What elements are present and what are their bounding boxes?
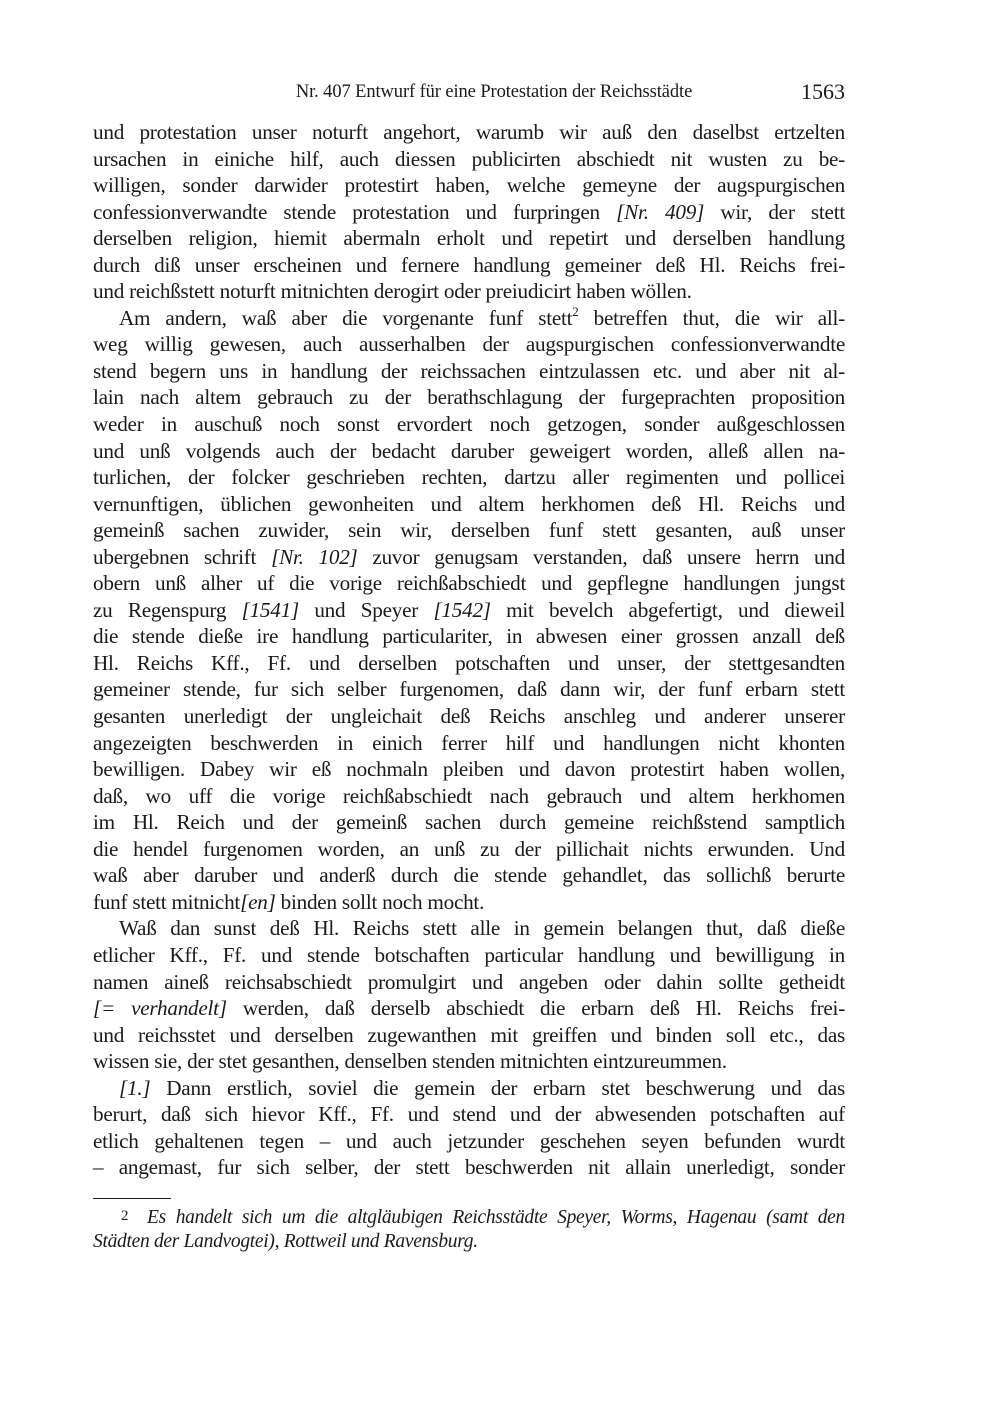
text-line: und reichßstett noturft mitnichten derog… <box>93 278 845 305</box>
footnote-text: Städten der Landvogtei), Rottweil und Ra… <box>93 1231 478 1252</box>
text-segment: betreffen thut, die wir all- <box>579 306 845 330</box>
text-line: funf stett mitnicht[en] binden sollt noc… <box>93 889 845 916</box>
text-segment: obern unß alher uf die vorige reichßabsc… <box>93 571 845 595</box>
text-segment: zuvor genugsam verstanden, daß unsere he… <box>358 545 845 569</box>
text-line: angezeigten beschwerden in einich ferrer… <box>93 730 845 757</box>
text-segment: confessionverwandte stende protestation … <box>93 200 616 224</box>
text-segment: funf stett mitnicht <box>93 890 240 914</box>
text-line: Waß dan sunst deß Hl. Reichs stett alle … <box>93 915 845 942</box>
text-segment: wir, der stett <box>704 200 845 224</box>
text-segment: mit bevelch abgefertigt, und dieweil <box>491 598 845 622</box>
text-line: ubergebnen schrift [Nr. 102] zuvor genug… <box>93 544 845 571</box>
text-line: gemeiner stende, fur sich selber furgeno… <box>93 676 845 703</box>
text-line: gemeinß sachen zuwider, sein wir, dersel… <box>93 517 845 544</box>
editorial-annotation: [Nr. 102] <box>271 545 357 569</box>
page-number: 1563 <box>801 79 845 105</box>
text-segment: durch diß unser erscheinen und fernere h… <box>93 253 845 277</box>
footnote-text: Es handelt sich um die altgläubigen Reic… <box>147 1207 845 1228</box>
text-line: zu Regenspurg [1541] und Speyer [1542] m… <box>93 597 845 624</box>
text-segment: gemeiner stende, fur sich selber furgeno… <box>93 677 845 701</box>
footnote-number: 2 <box>93 1204 147 1229</box>
footnote-line: 2Es handelt sich um die altgläubigen Rei… <box>93 1204 845 1229</box>
text-segment: weg willig gewesen, auch ausserhalben de… <box>93 332 845 356</box>
text-segment: turlichen, der folcker geschrieben recht… <box>93 465 845 489</box>
text-line: weg willig gewesen, auch ausserhalben de… <box>93 331 845 358</box>
text-segment: werden, daß derselb abschiedt die erbarn… <box>227 996 845 1020</box>
text-line: daß, wo uff die vorige reichßabschiedt n… <box>93 783 845 810</box>
text-line: und unß volgends auch der bedacht darube… <box>93 438 845 465</box>
text-segment: waß aber daruber und anderß durch die st… <box>93 863 845 887</box>
text-line: im Hl. Reich und der gemeinß sachen durc… <box>93 809 845 836</box>
text-line: stend begern uns in handlung der reichss… <box>93 358 845 385</box>
text-line: Am andern, waß aber die vorgenante funf … <box>93 305 845 332</box>
text-segment: stend begern uns in handlung der reichss… <box>93 359 845 383</box>
text-line: vernunftigen, üblichen gewonheiten und a… <box>93 491 845 518</box>
text-segment: und unß volgends auch der bedacht darube… <box>93 439 845 463</box>
text-line: die hendel furgenomen worden, an unß zu … <box>93 836 845 863</box>
text-line: durch diß unser erscheinen und fernere h… <box>93 252 845 279</box>
text-segment: willigen, sonder darwider protestirt hab… <box>93 173 845 197</box>
text-segment: lain nach altem gebrauch zu der berathsc… <box>93 385 845 409</box>
text-segment: vernunftigen, üblichen gewonheiten und a… <box>93 492 845 516</box>
editorial-annotation: [1541] <box>242 598 299 622</box>
text-line: willigen, sonder darwider protestirt hab… <box>93 172 845 199</box>
text-segment: angezeigten beschwerden in einich ferrer… <box>93 731 845 755</box>
text-segment: wissen sie, der stet gesanthen, denselbe… <box>93 1049 727 1073</box>
text-segment: ursachen in einiche hilf, auch diessen p… <box>93 147 845 171</box>
editorial-annotation: [1.] <box>119 1076 150 1100</box>
text-line: namen aineß reichsabschiedt promulgirt u… <box>93 969 845 996</box>
text-segment: ubergebnen schrift <box>93 545 271 569</box>
text-segment: Hl. Reichs Kff., Ff. und derselben potsc… <box>93 651 845 675</box>
text-segment: bewilligen. Dabey wir eß nochmaln pleibe… <box>93 757 845 781</box>
text-line: die stende dieße ire handlung particular… <box>93 623 845 650</box>
text-segment: etlich gehaltenen tegen – und auch jetzu… <box>93 1129 845 1153</box>
text-segment: und protestation unser noturft angehort,… <box>93 120 845 144</box>
text-line: und reichsstet und derselben zugewanthen… <box>93 1022 845 1049</box>
text-line: gesanten unerledigt der ungleichait deß … <box>93 703 845 730</box>
text-segment: berurt, daß sich hievor Kff., Ff. und st… <box>93 1102 845 1126</box>
text-segment: im Hl. Reich und der gemeinß sachen durc… <box>93 810 845 834</box>
text-line: wissen sie, der stet gesanthen, denselbe… <box>93 1048 845 1075</box>
text-segment: etlicher Kff., Ff. und stende botschafte… <box>93 943 845 967</box>
text-line: etlich gehaltenen tegen – und auch jetzu… <box>93 1128 845 1155</box>
editorial-annotation: [= verhandelt] <box>93 996 227 1020</box>
editorial-annotation: [1542] <box>433 598 490 622</box>
body-text: und protestation unser noturft angehort,… <box>93 119 845 1181</box>
text-segment: gemeinß sachen zuwider, sein wir, dersel… <box>93 518 845 542</box>
text-segment: und reichsstet und derselben zugewanthen… <box>93 1023 845 1047</box>
text-segment: – angemast, fur sich selber, der stett b… <box>93 1155 845 1179</box>
text-segment: gesanten unerledigt der ungleichait deß … <box>93 704 845 728</box>
text-segment: und Speyer <box>299 598 433 622</box>
text-line: bewilligen. Dabey wir eß nochmaln pleibe… <box>93 756 845 783</box>
text-line: obern unß alher uf die vorige reichßabsc… <box>93 570 845 597</box>
page-header: Nr. 407 Entwurf für eine Protestation de… <box>93 80 845 108</box>
text-line: berurt, daß sich hievor Kff., Ff. und st… <box>93 1101 845 1128</box>
editorial-annotation: [Nr. 409] <box>616 200 704 224</box>
text-segment: binden sollt noch mocht. <box>276 890 485 914</box>
text-segment: Dann erstlich, soviel die gemein der erb… <box>150 1076 845 1100</box>
footnote-line: Städten der Landvogtei), Rottweil und Ra… <box>93 1229 845 1254</box>
text-line: – angemast, fur sich selber, der stett b… <box>93 1154 845 1181</box>
text-line: Hl. Reichs Kff., Ff. und derselben potsc… <box>93 650 845 677</box>
footnote-divider <box>93 1198 171 1199</box>
text-segment: Am andern, waß aber die vorgenante funf … <box>119 306 572 330</box>
text-segment: und reichßstett noturft mitnichten derog… <box>93 279 692 303</box>
text-segment: daß, wo uff die vorige reichßabschiedt n… <box>93 784 845 808</box>
text-line: und protestation unser noturft angehort,… <box>93 119 845 146</box>
text-line: weder in auschuß noch sonst ervordert no… <box>93 411 845 438</box>
footnotes: 2Es handelt sich um die altgläubigen Rei… <box>93 1204 845 1254</box>
text-line: ursachen in einiche hilf, auch diessen p… <box>93 146 845 173</box>
text-line: turlichen, der folcker geschrieben recht… <box>93 464 845 491</box>
text-line: etlicher Kff., Ff. und stende botschafte… <box>93 942 845 969</box>
text-line: confessionverwandte stende protestation … <box>93 199 845 226</box>
text-segment: namen aineß reichsabschiedt promulgirt u… <box>93 970 845 994</box>
text-line: waß aber daruber und anderß durch die st… <box>93 862 845 889</box>
text-line: lain nach altem gebrauch zu der berathsc… <box>93 384 845 411</box>
editorial-annotation: [en] <box>240 890 276 914</box>
text-segment: weder in auschuß noch sonst ervordert no… <box>93 412 845 436</box>
text-segment: die hendel furgenomen worden, an unß zu … <box>93 837 845 861</box>
text-segment: die stende dieße ire handlung particular… <box>93 624 845 648</box>
text-line: [1.] Dann erstlich, soviel die gemein de… <box>93 1075 845 1102</box>
text-line: [= verhandelt] werden, daß derselb absch… <box>93 995 845 1022</box>
text-segment: derselben religion, hiemit abermaln erho… <box>93 226 845 250</box>
text-line: derselben religion, hiemit abermaln erho… <box>93 225 845 252</box>
text-segment: zu Regenspurg <box>93 598 242 622</box>
running-title: Nr. 407 Entwurf für eine Protestation de… <box>93 82 845 103</box>
text-segment: Waß dan sunst deß Hl. Reichs stett alle … <box>119 916 845 940</box>
